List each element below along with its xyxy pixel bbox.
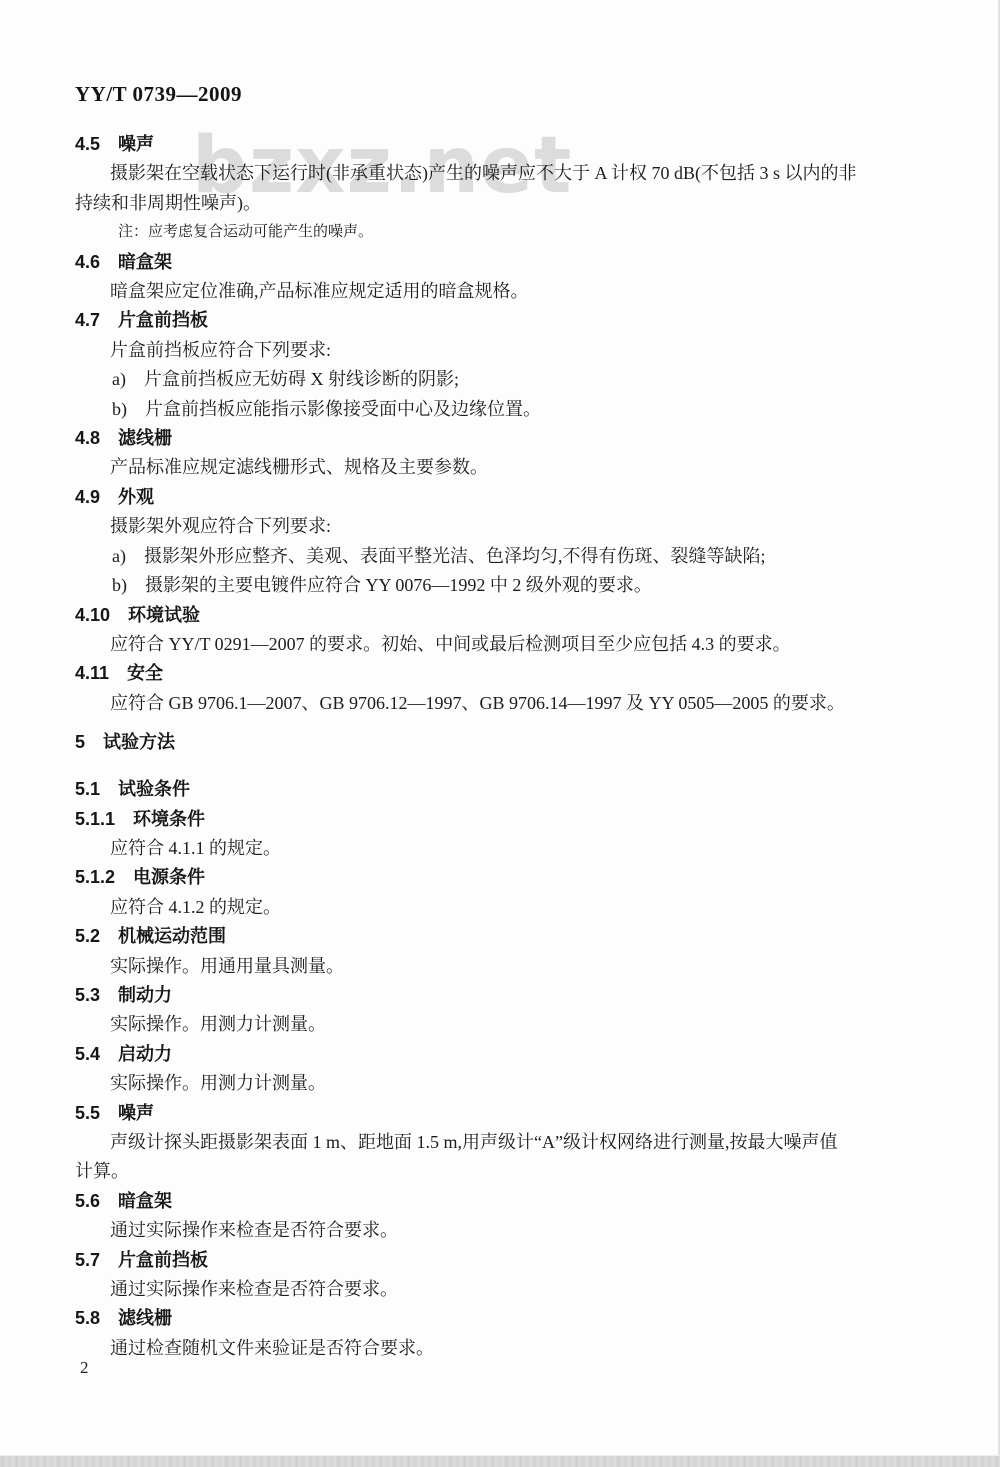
- chapter-heading: 5 试验方法: [0, 728, 1000, 757]
- paragraph-line: 应符合 4.1.1 的规定。: [0, 834, 1000, 863]
- section-heading: 5.7 片盒前挡板: [0, 1246, 1000, 1275]
- paragraph-line: 应符合 YY/T 0291—2007 的要求。初始、中间或最后检测项目至少应包括…: [0, 630, 1000, 659]
- section-heading: 5.5 噪声: [0, 1099, 1000, 1128]
- section-heading: 4.5 噪声: [0, 130, 1000, 159]
- section-heading: 4.9 外观: [0, 483, 1000, 512]
- list-item: a) 摄影架外形应整齐、美观、表面平整光洁、色泽均匀,不得有伤斑、裂缝等缺陷;: [0, 542, 1000, 571]
- list-item: b) 摄影架的主要电镀件应符合 YY 0076—1992 中 2 级外观的要求。: [0, 571, 1000, 600]
- section-heading: 4.6 暗盒架: [0, 248, 1000, 277]
- document-body: 4.5 噪声摄影架在空载状态下运行时(非承重状态)产生的噪声应不大于 A 计权 …: [0, 130, 1000, 1363]
- paragraph-line: 应符合 GB 9706.1—2007、GB 9706.12—1997、GB 97…: [0, 689, 1000, 718]
- section-heading: 4.10 环境试验: [0, 601, 1000, 630]
- paragraph-line: 产品标准应规定滤线栅形式、规格及主要参数。: [0, 453, 1000, 482]
- paragraph-line: 声级计探头距摄影架表面 1 m、距地面 1.5 m,用声级计“A”级计权网络进行…: [0, 1128, 1000, 1157]
- section-heading: 5.4 启动力: [0, 1040, 1000, 1069]
- paragraph-line: 通过检查随机文件来验证是否符合要求。: [0, 1334, 1000, 1363]
- page-number: 2: [80, 1358, 89, 1378]
- paragraph-continuation: 计算。: [0, 1157, 1000, 1186]
- paragraph-continuation: 持续和非周期性噪声)。: [0, 189, 1000, 218]
- list-item: b) 片盒前挡板应能指示影像接受面中心及边缘位置。: [0, 395, 1000, 424]
- paragraph-line: 实际操作。用测力计测量。: [0, 1069, 1000, 1098]
- paragraph-line: 摄影架在空载状态下运行时(非承重状态)产生的噪声应不大于 A 计权 70 dB(…: [0, 159, 1000, 188]
- section-heading: 4.11 安全: [0, 659, 1000, 688]
- scan-artifact-strip: [0, 1455, 1000, 1467]
- paragraph-line: 片盒前挡板应符合下列要求:: [0, 336, 1000, 365]
- paragraph-line: 通过实际操作来检查是否符合要求。: [0, 1216, 1000, 1245]
- list-item: a) 片盒前挡板应无妨碍 X 射线诊断的阴影;: [0, 365, 1000, 394]
- document-page: bzxz.net YY/T 0739—2009 4.5 噪声摄影架在空载状态下运…: [0, 0, 1000, 1467]
- paragraph-line: 摄影架外观应符合下列要求:: [0, 512, 1000, 541]
- section-heading: 5.1.2 电源条件: [0, 863, 1000, 892]
- paragraph-line: 实际操作。用测力计测量。: [0, 1010, 1000, 1039]
- paragraph-line: 暗盒架应定位准确,产品标准应规定适用的暗盒规格。: [0, 277, 1000, 306]
- section-heading: 4.7 片盒前挡板: [0, 306, 1000, 335]
- paragraph-line: 通过实际操作来检查是否符合要求。: [0, 1275, 1000, 1304]
- section-heading: 4.8 滤线栅: [0, 424, 1000, 453]
- standard-number-header: YY/T 0739—2009: [75, 82, 242, 107]
- section-heading: 5.8 滤线栅: [0, 1304, 1000, 1333]
- paragraph-line: 应符合 4.1.2 的规定。: [0, 893, 1000, 922]
- paragraph-line: 实际操作。用通用量具测量。: [0, 952, 1000, 981]
- note-line: 注：应考虑复合运动可能产生的噪声。: [0, 218, 1000, 247]
- section-heading: 5.2 机械运动范围: [0, 922, 1000, 951]
- section-heading: 5.6 暗盒架: [0, 1187, 1000, 1216]
- section-heading: 5.1.1 环境条件: [0, 805, 1000, 834]
- section-heading: 5.3 制动力: [0, 981, 1000, 1010]
- section-heading: 5.1 试验条件: [0, 775, 1000, 804]
